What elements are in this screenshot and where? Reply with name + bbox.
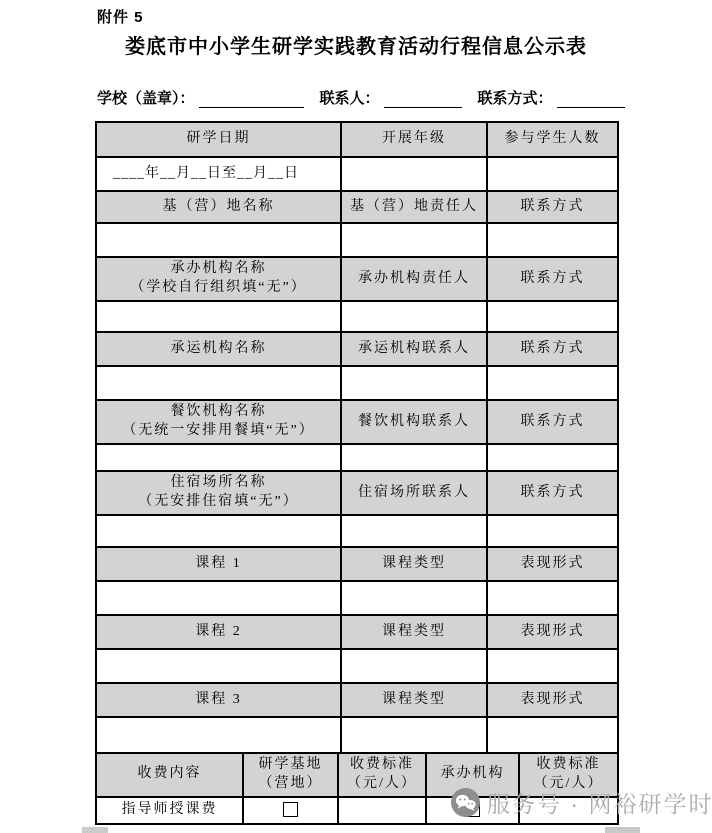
label-cell: 住宿场所联系人 xyxy=(341,471,487,515)
school-seal-label: 学校（盖章）： xyxy=(97,90,195,107)
fee-header-row: 收费内容研学基地 （营地）收费标准 （元/人）承办机构收费标准 （元/人） xyxy=(96,753,618,797)
page-edge-artifact-left xyxy=(82,827,108,833)
fee-text-cell xyxy=(519,797,618,824)
label-cell: 承办机构名称 （学校自行组织填“无”） xyxy=(96,257,341,301)
table-label-row: 课程 3课程类型表现形式 xyxy=(96,683,618,717)
fill-in-cell xyxy=(487,717,618,753)
table-fill-in-row xyxy=(96,515,618,547)
table-label-row: 承办机构名称 （学校自行组织填“无”）承办机构责任人联系方式 xyxy=(96,257,618,301)
table-label-row: 住宿场所名称 （无安排住宿填“无”）住宿场所联系人联系方式 xyxy=(96,471,618,515)
fill-in-cell xyxy=(487,366,618,400)
label-cell: 联系方式 xyxy=(487,332,618,366)
fill-in-cell xyxy=(341,649,487,683)
contact-phone-label: 联系方式： xyxy=(478,90,553,107)
table-fill-in-row xyxy=(96,581,618,615)
table-label-row: 研学日期开展年级参与学生人数 xyxy=(96,122,618,157)
table-label-row: 课程 1课程类型表现形式 xyxy=(96,547,618,581)
fee-table: 收费内容研学基地 （营地）收费标准 （元/人）承办机构收费标准 （元/人）指导师… xyxy=(95,752,619,825)
label-cell: 联系方式 xyxy=(487,191,618,223)
label-cell: 表现形式 xyxy=(487,683,618,717)
fee-text-cell xyxy=(338,797,426,824)
contact-person-label: 联系人： xyxy=(320,90,380,107)
fill-in-cell xyxy=(96,223,341,257)
table-fill-in-row xyxy=(96,444,618,471)
fee-checkbox[interactable] xyxy=(465,802,480,817)
fill-in-cell xyxy=(487,301,618,332)
fill-in-cell xyxy=(96,444,341,471)
fill-in-cell xyxy=(487,581,618,615)
document-page: 附件 5 娄底市中小学生研学实践教育活动行程信息公示表 学校（盖章）：联系人：联… xyxy=(0,0,712,833)
label-cell: 表现形式 xyxy=(487,615,618,649)
table-fill-in-row: ____年__月__日至__月__日 xyxy=(96,157,618,191)
label-cell: 课程 1 xyxy=(96,547,341,581)
label-cell: 课程类型 xyxy=(341,547,487,581)
table-fill-in-row xyxy=(96,223,618,257)
school-blank-line xyxy=(199,92,304,108)
fee-header-cell: 研学基地 （营地） xyxy=(243,753,338,797)
label-cell: 表现形式 xyxy=(487,547,618,581)
fill-in-cell xyxy=(341,157,487,191)
label-cell: 研学日期 xyxy=(96,122,341,157)
label-cell: 承运机构名称 xyxy=(96,332,341,366)
fill-in-cell xyxy=(487,444,618,471)
fee-checkbox-cell xyxy=(243,797,338,824)
contact-phone-blank-line xyxy=(557,92,625,108)
table-fill-in-row xyxy=(96,649,618,683)
fill-in-cell xyxy=(341,444,487,471)
itinerary-table: 研学日期开展年级参与学生人数____年__月__日至__月__日基（营）地名称基… xyxy=(95,121,619,754)
page-edge-artifact-right xyxy=(605,827,640,833)
label-cell: 课程 2 xyxy=(96,615,341,649)
fill-in-cell xyxy=(341,717,487,753)
fill-in-cell: ____年__月__日至__月__日 xyxy=(96,157,341,191)
label-cell: 课程 3 xyxy=(96,683,341,717)
fill-in-cell xyxy=(341,301,487,332)
label-cell: 基（营）地名称 xyxy=(96,191,341,223)
attachment-label: 附件 5 xyxy=(97,6,144,27)
fill-in-cell xyxy=(341,366,487,400)
fee-checkbox-cell xyxy=(426,797,519,824)
fill-in-cell xyxy=(487,223,618,257)
fee-text-cell: 指导师授课费 xyxy=(96,797,243,824)
fill-in-cell xyxy=(341,581,487,615)
fee-header-cell: 收费内容 xyxy=(96,753,243,797)
label-cell: 开展年级 xyxy=(341,122,487,157)
table-fill-in-row xyxy=(96,717,618,753)
fee-data-row: 指导师授课费 xyxy=(96,797,618,824)
fill-in-cell xyxy=(341,515,487,547)
fee-checkbox[interactable] xyxy=(283,802,298,817)
fee-header-cell: 收费标准 （元/人） xyxy=(519,753,618,797)
fill-in-cell xyxy=(487,157,618,191)
table-label-row: 课程 2课程类型表现形式 xyxy=(96,615,618,649)
label-cell: 基（营）地责任人 xyxy=(341,191,487,223)
table-fill-in-row xyxy=(96,301,618,332)
label-cell: 课程类型 xyxy=(341,615,487,649)
label-cell: 餐饮机构联系人 xyxy=(341,400,487,444)
label-cell: 住宿场所名称 （无安排住宿填“无”） xyxy=(96,471,341,515)
fee-header-cell: 承办机构 xyxy=(426,753,519,797)
fill-in-cell xyxy=(96,649,341,683)
table-fill-in-row xyxy=(96,366,618,400)
label-cell: 课程类型 xyxy=(341,683,487,717)
fill-in-cell xyxy=(341,223,487,257)
fill-in-cell xyxy=(96,301,341,332)
page-title: 娄底市中小学生研学实践教育活动行程信息公示表 xyxy=(0,30,712,59)
fill-in-cell xyxy=(96,717,341,753)
label-cell: 承办机构责任人 xyxy=(341,257,487,301)
label-cell: 联系方式 xyxy=(487,400,618,444)
itinerary-table-wrapper: 研学日期开展年级参与学生人数____年__月__日至__月__日基（营）地名称基… xyxy=(95,121,617,825)
fill-in-cell xyxy=(96,581,341,615)
contact-person-blank-line xyxy=(384,92,462,108)
table-label-row: 餐饮机构名称 （无统一安排用餐填“无”）餐饮机构联系人联系方式 xyxy=(96,400,618,444)
label-cell: 餐饮机构名称 （无统一安排用餐填“无”） xyxy=(96,400,341,444)
label-cell: 联系方式 xyxy=(487,471,618,515)
header-fill-in-line: 学校（盖章）：联系人：联系方式： xyxy=(97,87,657,108)
fill-in-cell xyxy=(487,515,618,547)
label-cell: 联系方式 xyxy=(487,257,618,301)
label-cell: 参与学生人数 xyxy=(487,122,618,157)
table-label-row: 基（营）地名称基（营）地责任人联系方式 xyxy=(96,191,618,223)
fee-header-cell: 收费标准 （元/人） xyxy=(338,753,426,797)
table-label-row: 承运机构名称承运机构联系人联系方式 xyxy=(96,332,618,366)
fill-in-cell xyxy=(96,366,341,400)
label-cell: 承运机构联系人 xyxy=(341,332,487,366)
fill-in-cell xyxy=(96,515,341,547)
fill-in-cell xyxy=(487,649,618,683)
